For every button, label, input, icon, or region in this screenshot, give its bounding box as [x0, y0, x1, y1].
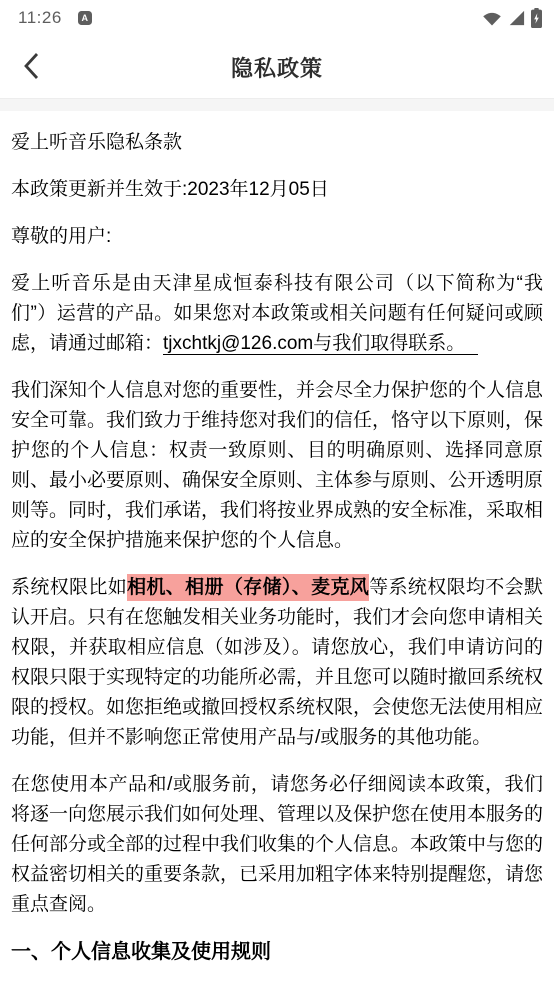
- chevron-left-icon: [21, 51, 43, 84]
- privacy-policy-screen: 11:26 A: [0, 0, 554, 984]
- policy-read-notice-paragraph: 在您使用本产品和/或服务前，请您务必仔细阅读本政策，我们将逐一向您展示我们如何处…: [11, 770, 543, 920]
- page-title: 隐私政策: [231, 52, 323, 83]
- back-button[interactable]: [10, 45, 54, 89]
- header-divider: [0, 98, 554, 111]
- notification-app-icon: A: [78, 11, 92, 25]
- policy-doc-title: 爱上听音乐隐私条款: [11, 128, 543, 158]
- status-bar: 11:26 A: [0, 0, 554, 36]
- section-1-heading: 一、个人信息收集及使用规则: [11, 937, 543, 967]
- wifi-icon: [482, 10, 502, 26]
- policy-effective-date: 本政策更新并生效于:2023年12月05日: [11, 175, 543, 205]
- status-icons: [482, 8, 542, 28]
- policy-permissions-paragraph: 系统权限比如相机、相册（存储）、麦克风等系统权限均不会默认开启。只有在您触发相关…: [11, 573, 543, 753]
- status-time: 11:26: [18, 8, 62, 28]
- policy-principles-paragraph: 我们深知个人信息对您的重要性，并会尽全力保护您的个人信息安全可靠。我们致力于维持…: [11, 376, 543, 556]
- contact-email-link[interactable]: tjxchtkj@126.com与我们取得联系。: [163, 333, 478, 355]
- policy-salutation: 尊敬的用户:: [11, 222, 543, 252]
- cellular-signal-icon: [508, 10, 525, 26]
- app-bar: 隐私政策: [0, 36, 554, 98]
- permissions-text-after: 等系统权限均不会默认开启。只有在您触发相关业务功能时，我们才会向您申请相关权限，…: [11, 577, 543, 748]
- permissions-highlighted-terms: 相机、相册（存储）、麦克风: [127, 574, 369, 601]
- policy-intro-paragraph: 爱上听音乐是由天津星成恒泰科技有限公司（以下简称为“我们”）运营的产品。如果您对…: [11, 269, 543, 359]
- permissions-text-before: 系统权限比如: [11, 577, 127, 598]
- policy-scroll-area[interactable]: 爱上听音乐隐私条款 本政策更新并生效于:2023年12月05日 尊敬的用户: 爱…: [0, 128, 554, 967]
- battery-charging-icon: [531, 8, 542, 28]
